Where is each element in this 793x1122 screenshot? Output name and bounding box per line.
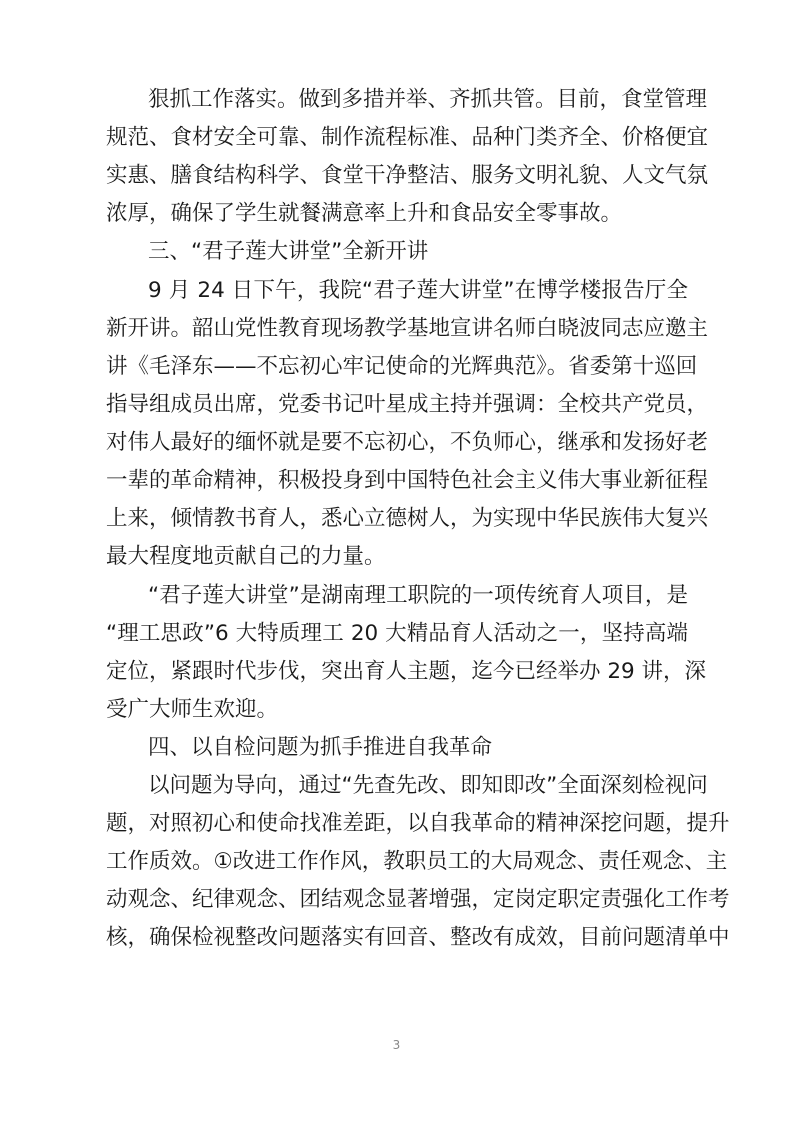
section-heading: 四、以自检问题为抓手推进自我革命 bbox=[148, 729, 688, 767]
text-line: 9 月 24 日下午，我院“君子莲大讲堂”在博学楼报告厅全 bbox=[148, 272, 688, 310]
text-line: 讲《毛泽东——不忘初心牢记使命的光辉典范》。省委第十巡回 bbox=[106, 348, 688, 386]
text-line: “君子莲大讲堂”是湖南理工职院的一项传统育人项目，是 bbox=[148, 577, 688, 615]
text-line: 定位，紧跟时代步伐，突出育人主题，迄今已经举办 29 讲，深 bbox=[106, 653, 688, 691]
text-line: 受广大师生欢迎。 bbox=[106, 691, 688, 729]
text-line: 指导组成员出席，党委书记叶星成主持并强调：全校共产党员， bbox=[106, 386, 688, 424]
text-line: 浓厚，确保了学生就餐满意率上升和食品安全零事故。 bbox=[106, 195, 688, 233]
text-line: “理工思政”6 大特质理工 20 大精品育人活动之一，坚持高端 bbox=[106, 615, 688, 653]
text-line: 以问题为导向，通过“先查先改、即知即改”全面深刻检视问 bbox=[148, 767, 688, 805]
text-line: 核，确保检视整改问题落实有回音、整改有成效，目前问题清单中 bbox=[106, 919, 688, 957]
section-heading: 三、“君子莲大讲堂”全新开讲 bbox=[148, 233, 688, 271]
text-line: 一辈的革命精神，积极投身到中国特色社会主义伟大事业新征程 bbox=[106, 462, 688, 500]
text-line: 实惠、膳食结构科学、食堂干净整洁、服务文明礼貌、人文气氛 bbox=[106, 157, 688, 195]
text-line: 规范、食材安全可靠、制作流程标准、品种门类齐全、价格便宜 bbox=[106, 119, 688, 157]
page-number: 3 bbox=[0, 1038, 793, 1052]
text-line: 上来，倾情教书育人，悉心立德树人，为实现中华民族伟大复兴 bbox=[106, 500, 688, 538]
text-line: 新开讲。韶山党性教育现场教学基地宣讲名师白晓波同志应邀主 bbox=[106, 310, 688, 348]
text-line: 工作质效。①改进工作作风，教职员工的大局观念、责任观念、主 bbox=[106, 843, 688, 881]
text-line: 狠抓工作落实。做到多措并举、齐抓共管。目前，食堂管理 bbox=[148, 81, 688, 119]
text-line: 动观念、纪律观念、团结观念显著增强，定岗定职定责强化工作考 bbox=[106, 881, 688, 919]
text-line: 对伟人最好的缅怀就是要不忘初心，不负师心，继承和发扬好老 bbox=[106, 424, 688, 462]
text-line: 题，对照初心和使命找准差距，以自我革命的精神深挖问题，提升 bbox=[106, 805, 688, 843]
document-page: 狠抓工作落实。做到多措并举、齐抓共管。目前，食堂管理规范、食材安全可靠、制作流程… bbox=[0, 0, 793, 1122]
text-line: 最大程度地贡献自己的力量。 bbox=[106, 538, 688, 576]
